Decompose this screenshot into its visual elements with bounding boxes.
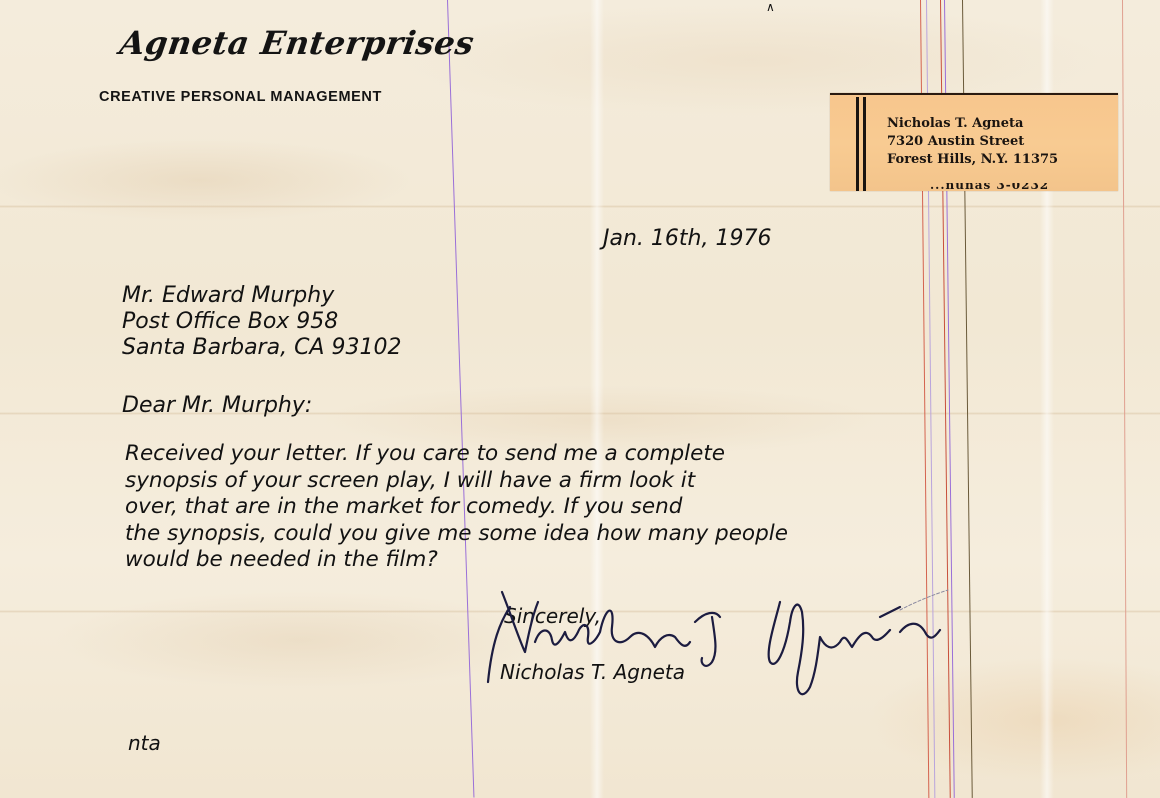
recipient-name: Mr. Edward Murphy — [122, 283, 401, 309]
recipient-address-line-1: Post Office Box 958 — [122, 309, 401, 335]
body-line: would be needed in the film? — [125, 547, 788, 574]
letter-date: Jan. 16th, 1976 — [603, 226, 771, 251]
label-city: Forest Hills, N.Y. 11375 — [887, 151, 1058, 169]
salutation: Dear Mr. Murphy: — [122, 393, 312, 418]
company-tagline: CREATIVE PERSONAL MANAGEMENT — [99, 89, 382, 105]
label-stripe — [863, 97, 866, 191]
body-line: Received your letter. If you care to sen… — [125, 441, 788, 468]
label-address: Nicholas T. Agneta 7320 Austin Street Fo… — [887, 115, 1058, 169]
company-name: Agneta Enterprises — [117, 24, 476, 62]
paper-fold-crease — [0, 205, 1160, 208]
label-name: Nicholas T. Agneta — [887, 115, 1058, 133]
letter-body: Received your letter. If you care to sen… — [125, 441, 788, 574]
recipient-address-line-2: Santa Barbara, CA 93102 — [122, 335, 401, 361]
recipient-address: Mr. Edward Murphy Post Office Box 958 Sa… — [122, 283, 401, 361]
label-stripe — [856, 97, 859, 191]
typist-initials: nta — [128, 731, 161, 755]
label-street: 7320 Austin Street — [887, 133, 1058, 151]
body-line: synopsis of your screen play, I will hav… — [125, 468, 788, 495]
body-line: the synopsis, could you give me some ide… — [125, 521, 788, 548]
address-label: Nicholas T. Agneta 7320 Austin Street Fo… — [830, 93, 1118, 191]
stray-mark: ∧ — [766, 0, 775, 14]
handwritten-signature — [480, 582, 950, 712]
body-line: over, that are in the market for comedy.… — [125, 494, 788, 521]
